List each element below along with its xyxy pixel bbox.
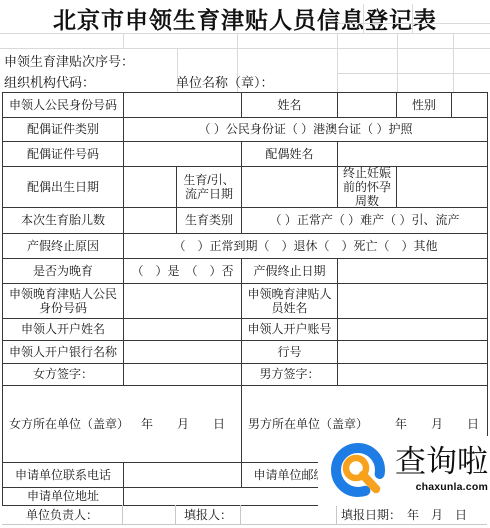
leave-end-date-label: 产假终止日期 (242, 259, 338, 284)
page-title: 北京市申领生育津贴人员信息登记表 (0, 2, 490, 35)
female-unit-label: 女方所在单位（盖章） (5, 417, 129, 431)
male-unit-date-label: 年 月 日 (395, 417, 485, 431)
gridline (397, 33, 398, 92)
gridline (123, 33, 124, 48)
footer-row: 单位负责人： 填报人： 填报日期： 年 月 日 (2, 505, 487, 525)
male-sign-input-cell[interactable] (338, 364, 488, 386)
org-code-label: 组织机构代码： (4, 72, 95, 91)
delivery-date-input-cell[interactable] (242, 167, 338, 208)
account-name-label: 申领人开户姓名 (3, 319, 124, 341)
unit-phone-input-cell[interactable] (124, 463, 242, 488)
unit-head-label: 单位负责人： (2, 505, 123, 525)
applicant-id-input-cell[interactable] (124, 93, 242, 118)
birth-type-label: 生育类别 (177, 208, 242, 234)
unit-address-label: 申请单位地址 (3, 488, 124, 506)
bank-name-input-cell[interactable] (124, 341, 242, 364)
leave-end-reason-options[interactable]: （ ）正常到期（ ）退休（ ）死亡（ ）其他 (124, 234, 488, 259)
babies-count-label: 本次生育胎儿数 (3, 208, 124, 234)
gestation-weeks-input-cell[interactable] (397, 167, 488, 208)
applicant-id-label: 申领人公民身份号码 (3, 93, 124, 118)
spouse-cert-no-input-cell[interactable] (124, 142, 242, 167)
spouse-birth-label: 配偶出生日期 (3, 167, 124, 208)
male-sign-label: 男方签字： (242, 364, 338, 386)
late-childbirth-label: 是否为晚育 (3, 259, 124, 284)
gridline (0, 48, 490, 49)
watermark-brand: 查询啦 (395, 445, 488, 480)
late-benefit-name-input-cell[interactable] (338, 284, 488, 319)
unit-name-label: 单位名称（章）： (176, 72, 274, 91)
account-no-input-cell[interactable] (338, 319, 488, 341)
name-label: 姓名 (242, 93, 338, 118)
late-childbirth-options[interactable]: （ ）是 （ ）否 (124, 259, 242, 284)
spouse-cert-no-label: 配偶证件号码 (3, 142, 124, 167)
watermark-text: 查询啦 chaxunla.com (395, 445, 488, 493)
female-unit-date-label: 年 月 日 (141, 417, 239, 431)
babies-count-input-cell[interactable] (124, 208, 177, 234)
magnifier-logo-icon (331, 442, 393, 502)
female-sign-label: 女方签字： (3, 364, 124, 386)
gridline (337, 73, 490, 74)
unit-head-input-cell[interactable] (123, 505, 176, 525)
chaxunla-watermark: 查询啦 chaxunla.com (318, 436, 490, 506)
late-benefit-id-label: 申领晚育津贴人公民身份号码 (3, 284, 124, 319)
female-unit-stamp-cell[interactable]: 女方所在单位（盖章） 年 月 日 (3, 386, 242, 463)
late-benefit-name-label: 申领晚育津贴人员姓名 (242, 284, 338, 319)
filler-input-cell[interactable] (241, 505, 337, 525)
bank-name-label: 申领人开户银行名称 (3, 341, 124, 364)
leave-end-date-input-cell[interactable] (338, 259, 488, 284)
watermark-domain: chaxunla.com (416, 481, 488, 493)
gridline (337, 23, 490, 24)
spouse-birth-input-cell[interactable] (124, 167, 177, 208)
gridline (337, 33, 338, 92)
gender-input-cell[interactable] (452, 93, 488, 118)
benefit-seq-label: 申领生育津贴次序号： (4, 51, 134, 70)
spouse-name-label: 配偶姓名 (242, 142, 338, 167)
fill-date-label: 填报日期： 年 月 日 (337, 505, 487, 525)
spouse-name-input-cell[interactable] (338, 142, 488, 167)
spouse-cert-type-options[interactable]: （ ）公民身份证（ ）港澳台证（ ）护照 (124, 118, 488, 142)
bank-no-label: 行号 (242, 341, 338, 364)
unit-phone-label: 申请单位联系电话 (3, 463, 124, 488)
gestation-weeks-label: 终止妊娠前的怀孕周数 (338, 167, 397, 208)
late-benefit-id-input-cell[interactable] (124, 284, 242, 319)
male-unit-label: 男方所在单位（盖章） (244, 417, 368, 431)
filler-label: 填报人： (176, 505, 241, 525)
gridline (0, 33, 490, 34)
gridline (363, 4, 364, 33)
birth-type-options[interactable]: （ ）正常产（ ）难产（ ）引、流产 (242, 208, 488, 234)
gridline (453, 33, 454, 92)
name-input-cell[interactable] (338, 93, 397, 118)
account-no-label: 申领人开户账号 (242, 319, 338, 341)
gridline (412, 4, 413, 33)
account-name-input-cell[interactable] (124, 319, 242, 341)
female-sign-input-cell[interactable] (124, 364, 242, 386)
leave-end-reason-label: 产假终止原因 (3, 234, 124, 259)
bank-no-input-cell[interactable] (338, 341, 488, 364)
delivery-date-label: 生育/引、流产日期 (177, 167, 242, 208)
gender-label: 性别 (397, 93, 452, 118)
spouse-cert-type-label: 配偶证件类别 (3, 118, 124, 142)
